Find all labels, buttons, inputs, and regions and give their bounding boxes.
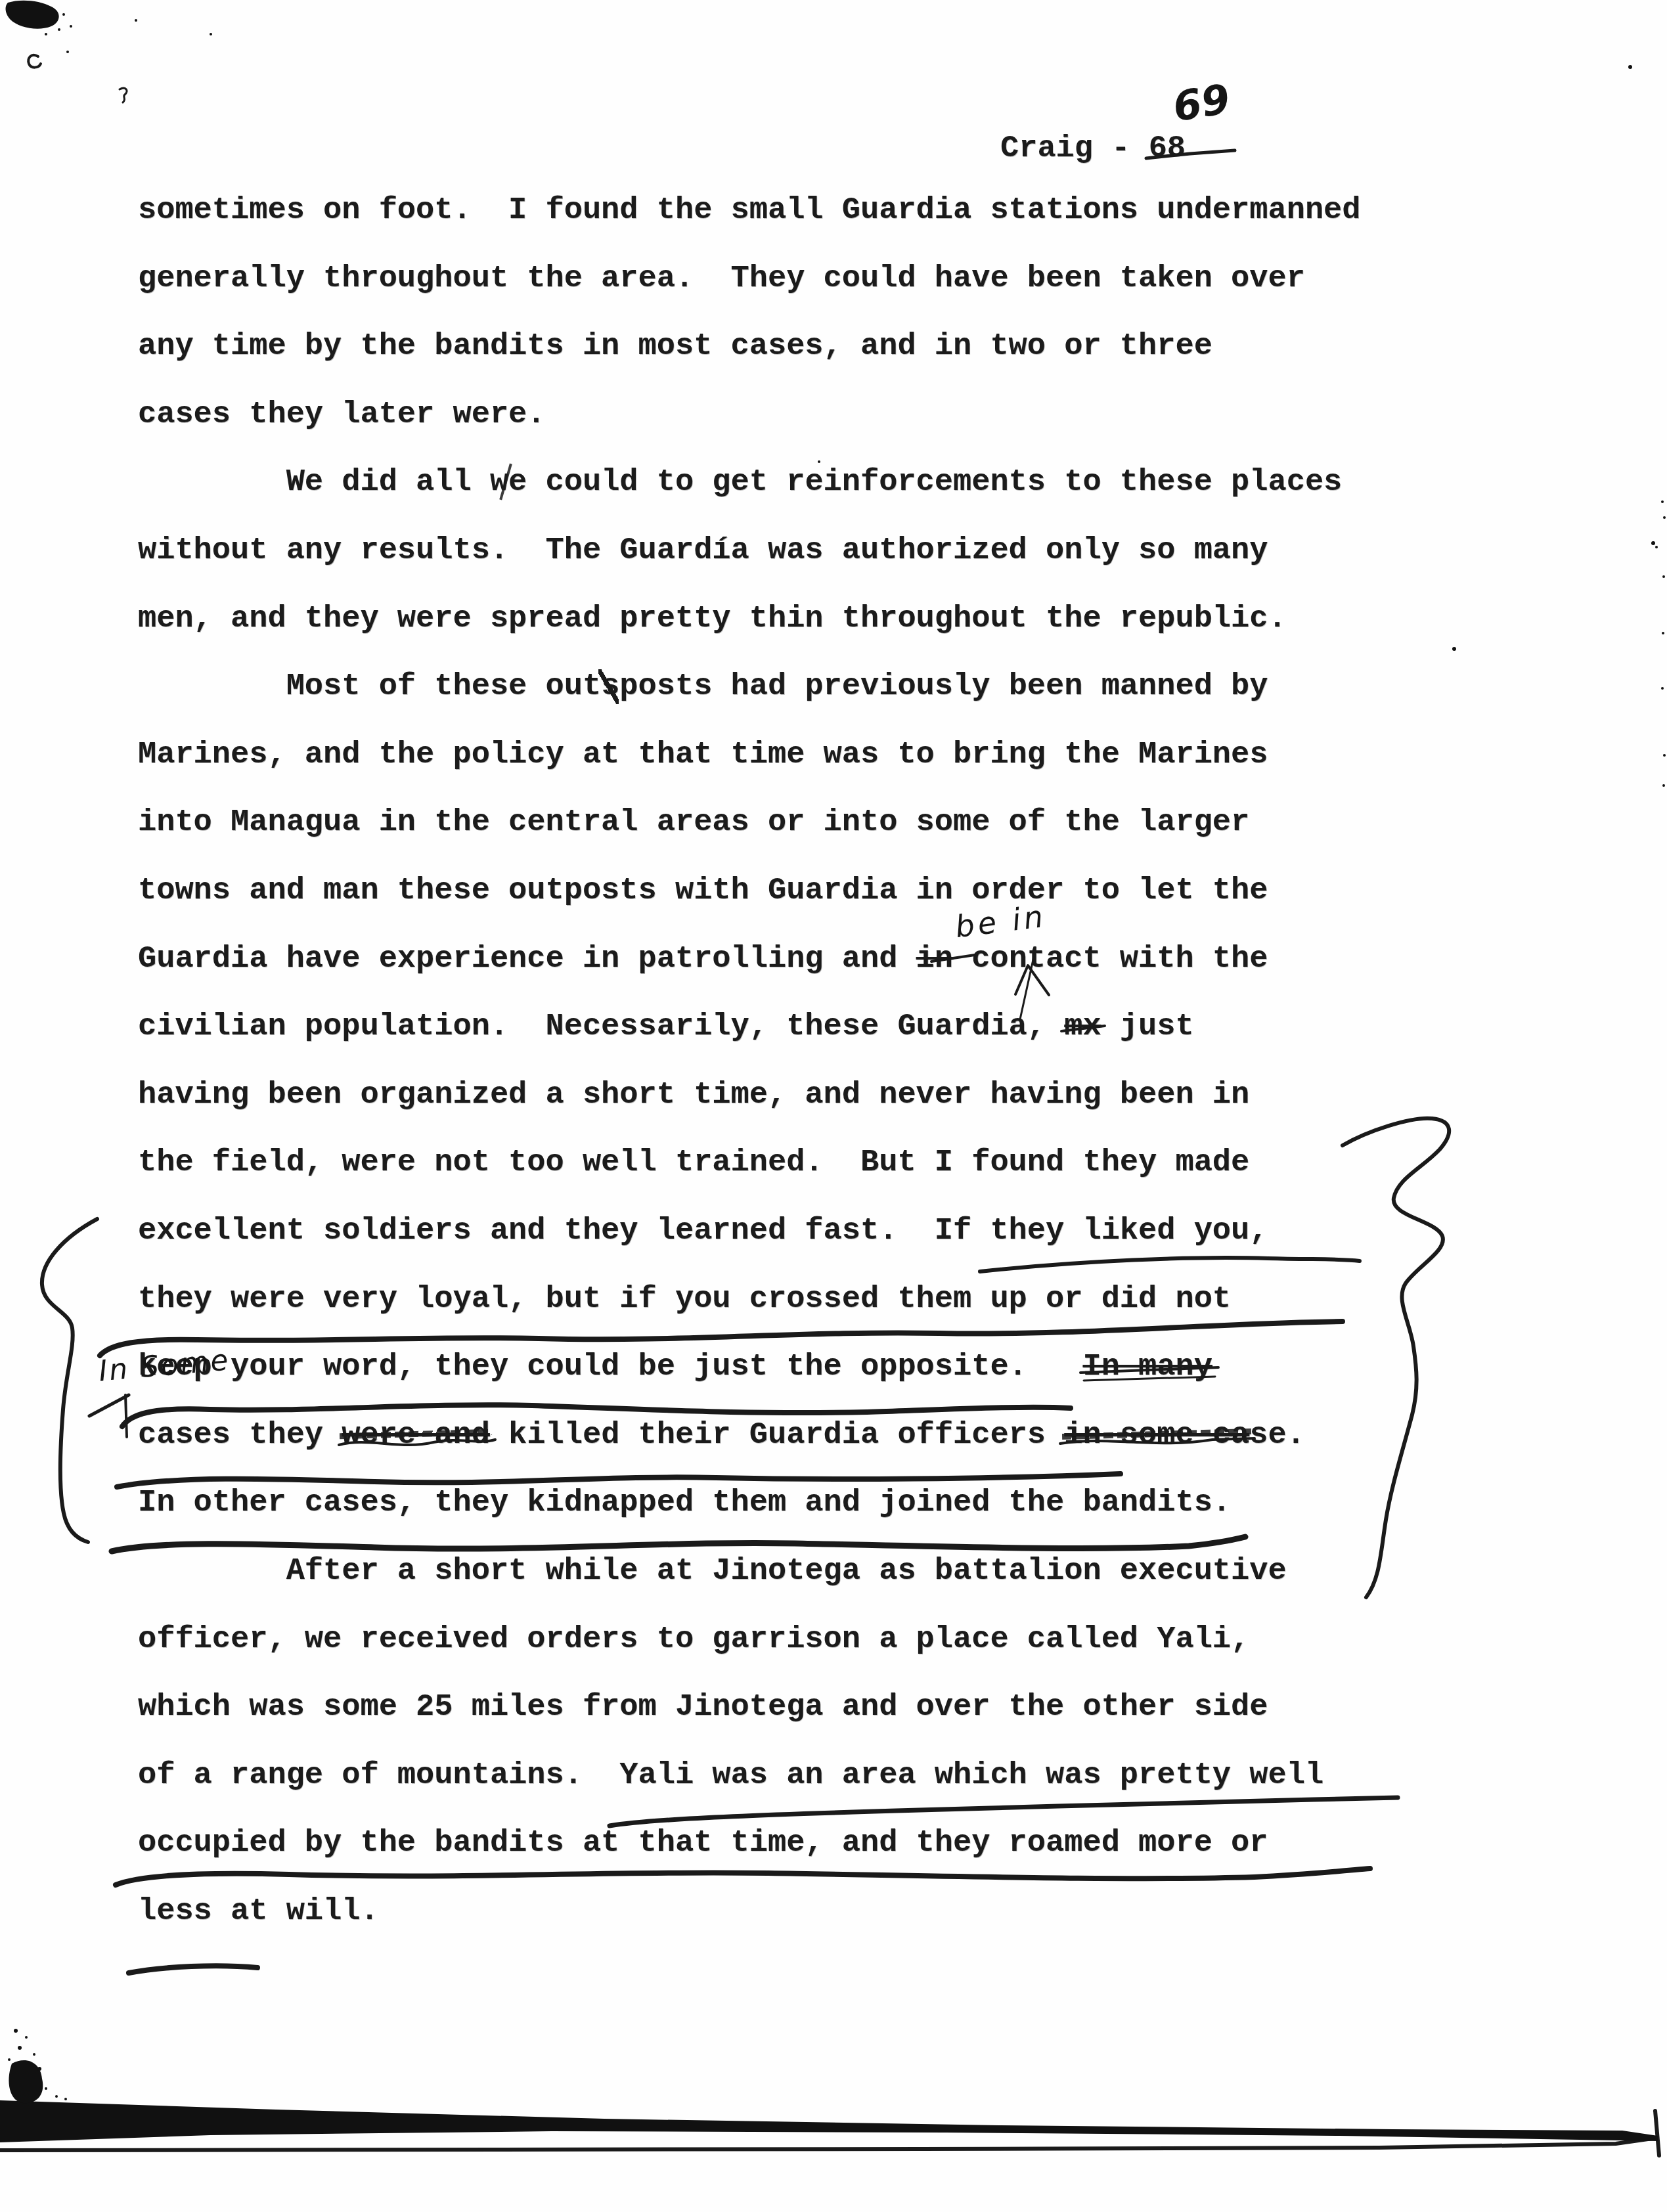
underline-cases-they-killed: [117, 1474, 1121, 1487]
pen-mark-squiggle: [120, 88, 127, 102]
margin-insert-arrow-1: [89, 1395, 129, 1416]
bottom-scan-line: [0, 2138, 1653, 2150]
handwritten-marks-overlay: [0, 0, 1667, 2212]
bottom-left-ink-blob: [9, 2060, 43, 2103]
strike-in-many-2: [1084, 1377, 1215, 1381]
left-margin-parenthesis: [42, 1219, 97, 1542]
bottom-ink-band: [0, 2100, 1658, 2142]
scribble-were-and: [339, 1440, 495, 1445]
strike-in-word: [931, 955, 975, 962]
pen-mark-c: [28, 55, 41, 68]
scribble-in-some-ca: [1060, 1438, 1255, 1444]
insertion-caret: [1015, 965, 1049, 995]
strike-through-68: [1146, 150, 1235, 158]
underline-keep-your-word: [122, 1405, 1071, 1427]
right-margin-brace: [1343, 1118, 1449, 1597]
underline-they-were-very-loyal: [100, 1321, 1343, 1356]
underline-yali-was-an-area: [610, 1798, 1398, 1826]
underline-occupied-by-bandits: [116, 1869, 1370, 1885]
insertion-caret-slash: [1020, 954, 1034, 1019]
scanned-document-page: Craig - 68 69 sometimes on foot. I found…: [0, 0, 1667, 2212]
margin-insert-arrow-2: [125, 1395, 127, 1437]
underline-less-at-will: [129, 1966, 257, 1973]
top-left-ink-blob: [6, 1, 59, 29]
strike-mx-word: [1061, 1026, 1105, 1031]
strike-in-many-1: [1080, 1367, 1218, 1373]
bottom-right-hook: [1655, 2111, 1659, 2156]
underline-if-they-liked-you: [980, 1258, 1360, 1272]
underline-in-other-cases: [112, 1537, 1245, 1551]
scan-speckles: [8, 13, 1666, 2100]
